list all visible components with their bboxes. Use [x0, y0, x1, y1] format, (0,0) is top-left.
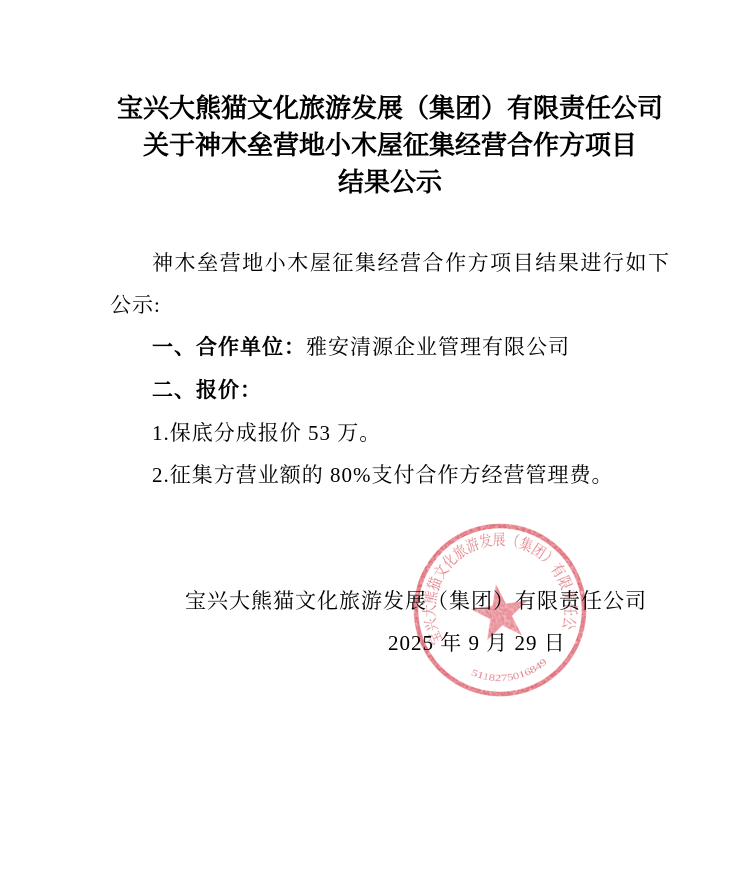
section-2-label: 二、报价：	[152, 379, 262, 402]
title-line-1: 宝兴大熊猫文化旅游发展（集团）有限责任公司	[110, 90, 670, 127]
document-title: 宝兴大熊猫文化旅游发展（集团）有限责任公司 关于神木垒营地小木屋征集经营合作方项…	[110, 90, 670, 201]
section-1-label: 一、合作单位：	[152, 336, 306, 359]
intro-paragraph: 神木垒营地小木屋征集经营合作方项目结果进行如下公示:	[110, 242, 670, 326]
section-1-value: 雅安清源企业管理有限公司	[306, 335, 570, 359]
document-page: 宝兴大熊猫文化旅游发展（集团）有限责任公司 关于神木垒营地小木屋征集经营合作方项…	[0, 0, 752, 881]
section-2-line: 二、报价：	[110, 369, 670, 412]
list-item-2: 2.征集方营业额的 80%支付合作方经营管理费。	[110, 454, 670, 496]
title-line-2: 关于神木垒营地小木屋征集经营合作方项目	[110, 127, 670, 164]
document-content: 宝兴大熊猫文化旅游发展（集团）有限责任公司 关于神木垒营地小木屋征集经营合作方项…	[110, 0, 670, 664]
signature-company: 宝兴大熊猫文化旅游发展（集团）有限责任公司	[185, 580, 670, 622]
list-item-1: 1.保底分成报价 53 万。	[110, 412, 670, 454]
document-body: 神木垒营地小木屋征集经营合作方项目结果进行如下公示: 一、合作单位：雅安清源企业…	[110, 242, 670, 664]
title-line-3: 结果公示	[110, 164, 670, 201]
signature-date: 2025 年 9 月 29 日	[388, 622, 670, 664]
section-1-line: 一、合作单位：雅安清源企业管理有限公司	[110, 326, 670, 369]
